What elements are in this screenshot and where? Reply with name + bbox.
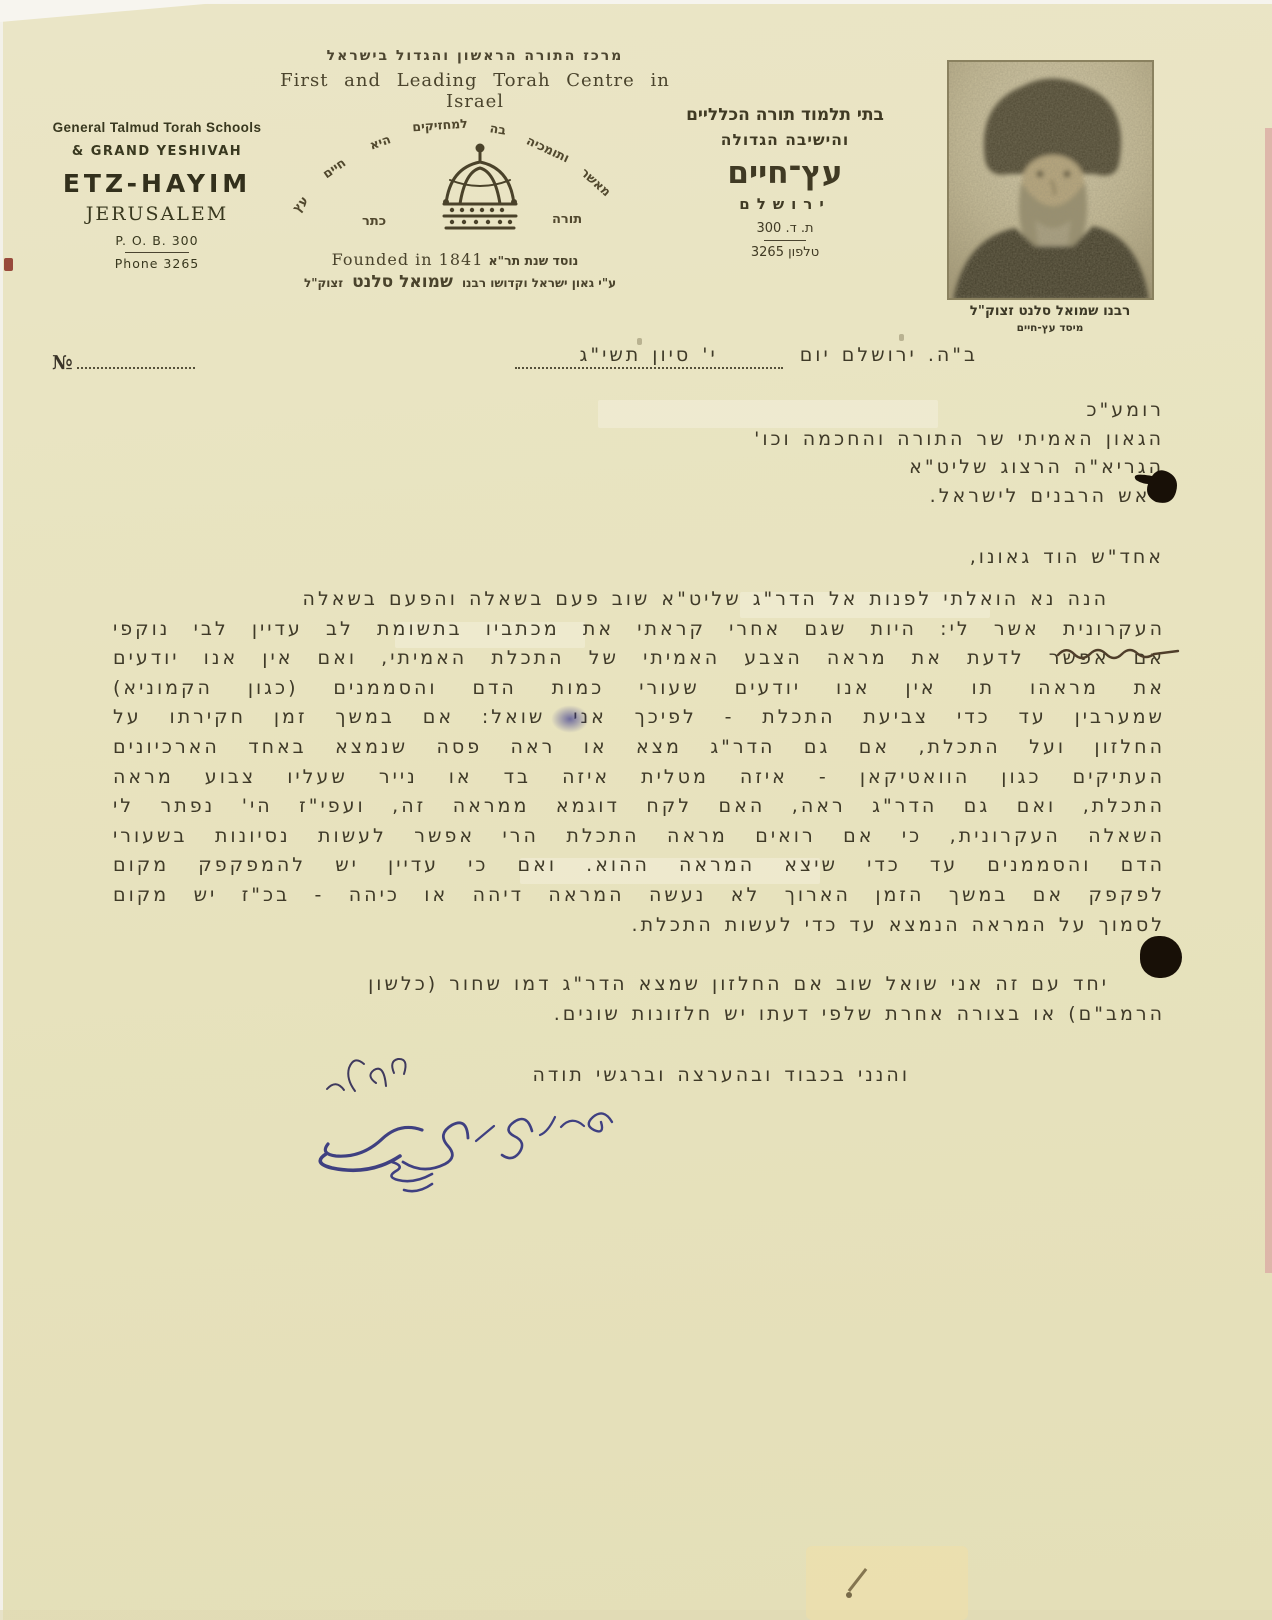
rabbi-portrait-photo — [947, 60, 1154, 300]
body-line: העתיקים כגון הוואטיקאן - איזה מטלית איזה… — [113, 766, 1165, 796]
letterhead-left-block: General Talmud Torah Schools & GRAND YES… — [42, 120, 272, 271]
date-row: ב"ה. ירושלם יום י' סיון תשי"ג — [478, 344, 978, 369]
portrait-caption-founder: מיסד עץ-חיים — [930, 322, 1170, 334]
body-line: הנה נא הואלתי לפנות אל הדר"ג שליט"א שוב … — [113, 588, 1165, 618]
signature — [282, 1098, 627, 1193]
yeshiva-gedola-line: והישיבה הגדולה — [665, 131, 905, 149]
jerusalem-line: JERUSALEM — [42, 203, 272, 225]
body-line: את מראהו תו אין אנו יודעים שעורי כמות הד… — [113, 677, 1165, 707]
letter-paragraph-1: הנה נא הואלתי לפנות אל הדר"ג שליט"א שוב … — [113, 588, 1165, 943]
recipient-block: רומע"כ הגאון האמיתי שר התורה והחכמה וכו'… — [640, 396, 1164, 510]
body-line: שמערבין עד כדי צביעת התכלת - לפיכך אני ש… — [113, 706, 1165, 736]
body-line: יחד עם זה אני שואל שוב אם החלזון שמצא הד… — [113, 973, 1165, 1003]
arc-word: למחזיקים — [412, 116, 468, 135]
pob-hebrew-line: ת. ד. 300 — [665, 221, 905, 236]
founder-row: ע"י גאון ישראל וקדושו רבנו שמואל סלנט זצ… — [240, 272, 680, 292]
body-line: לפקפק אם במשך הזמן הארוך לא נעשה המראה ד… — [113, 884, 1165, 914]
body-line: העקרונית אשר לי: היות שגם אחרי קראתי את … — [113, 618, 1165, 648]
portrait-caption-name: רבנו שמואל סלנט זצוק"ל — [930, 303, 1170, 319]
founder-name: שמואל סלנט — [352, 272, 453, 292]
scan-corner-wedge — [0, 0, 250, 22]
blue-ink-correction — [551, 705, 589, 733]
scan-edge-left — [0, 0, 3, 1620]
founder-suffix: זצוק"ל — [304, 276, 343, 290]
etz-hayim-title: ETZ-HAYIM — [42, 169, 272, 198]
dust-speck — [899, 334, 904, 341]
founded-row: Founded in 1841 נוסד שנת תר"א — [280, 250, 640, 269]
founded-hebrew: נוסד שנת תר"א — [488, 253, 578, 268]
scan-edge-bottom — [0, 1610, 1272, 1620]
letterhead-right-block: בתי תלמוד תורה הכלליים והישיבה הגדולה עץ… — [665, 105, 905, 260]
red-ink-speck — [4, 258, 13, 271]
arc-word: בה — [489, 120, 507, 137]
founder-prefix: ע"י גאון ישראל וקדושו רבנו — [462, 276, 616, 290]
crown-emblem: עץ חיים היא למחזיקים בה ותומכיה מאשר כתר… — [280, 112, 640, 307]
phone-hebrew-line: טלפון 3265 — [665, 245, 905, 260]
body-line: הרמב"ם) או בצורה אחרת שלפי דעתו יש חלזונ… — [113, 1003, 1165, 1033]
salutation-line: אחד"ש הוד גאונו, — [640, 546, 1164, 568]
date-prefix: ב"ה. ירושלם יום — [800, 344, 978, 366]
ink-blot — [1128, 462, 1180, 508]
ink-blot — [1140, 936, 1182, 978]
torah-word: תורה — [552, 212, 582, 227]
talmud-torah-line: בתי תלמוד תורה הכלליים — [665, 105, 905, 125]
keter-word: כתר — [362, 214, 386, 229]
divider-line — [125, 252, 189, 253]
scanned-letter-page: מרכז התורה הראשון והגדול בישראל First an… — [0, 0, 1272, 1620]
letterhead-hebrew-motto: מרכז התורה הראשון והגדול בישראל — [285, 48, 665, 64]
handwritten-underline — [1056, 646, 1182, 662]
phone-line: Phone 3265 — [42, 256, 272, 271]
recipient-line: רומע"כ — [640, 396, 1164, 425]
body-line: החלזון ועל התכלת, אם גם הדר"ג מצא או ראה… — [113, 736, 1165, 766]
crown-icon — [420, 140, 540, 240]
letterhead-english-motto: First and Leading Torah Centre in Israel — [255, 70, 695, 112]
etz-hayim-hebrew-title: עץ־חיים — [665, 155, 905, 191]
paper-stain — [806, 1546, 968, 1620]
letter-paragraph-2: יחד עם זה אני שואל שוב אם החלזון שמצא הד… — [113, 973, 1165, 1032]
divider-line — [764, 240, 806, 241]
grand-yeshivah-line: & GRAND YESHIVAH — [42, 144, 272, 159]
arc-word: היא — [367, 131, 392, 152]
recipient-line: ראש הרבנים לישראל. — [640, 482, 1164, 511]
number-symbol: № — [52, 352, 73, 374]
body-line: התכלת, ואם גם הדר"ג ראה, האם לקח דוגמא מ… — [113, 795, 1165, 825]
scan-edge-pink-strip — [1265, 128, 1272, 1273]
body-line: אם אפשר לדעת את מראה הצבע האמיתי של התכל… — [113, 647, 1165, 677]
stain-dot — [846, 1592, 852, 1598]
body-line: השאלה העקרונית, כי אם רואים מראה התכלת ה… — [113, 825, 1165, 855]
founded-english: Founded in 1841 — [332, 250, 484, 269]
pob-line: P. O. B. 300 — [42, 233, 272, 248]
arc-word: מאשר — [578, 165, 614, 200]
body-line: הדם והסממנים עד כדי שיצא המראה ההוא. ואם… — [113, 854, 1165, 884]
reference-number-row: № — [52, 352, 195, 374]
recipient-line: הגריא"ה הרצוג שליט"א — [640, 453, 1164, 482]
arc-word: עץ — [289, 193, 311, 215]
recipient-line: הגאון האמיתי שר התורה והחכמה וכו' — [640, 425, 1164, 454]
arc-word: חיים — [320, 155, 349, 181]
number-dotted-line — [77, 353, 195, 369]
jerusalem-hebrew-line: ירושלם — [665, 195, 905, 213]
body-line: לסמוך על המראה הנמצא עד כדי לעשות התכלת. — [113, 914, 1165, 944]
schools-line: General Talmud Torah Schools — [42, 120, 272, 135]
typed-date-value: י' סיון תשי"ג — [515, 344, 783, 369]
